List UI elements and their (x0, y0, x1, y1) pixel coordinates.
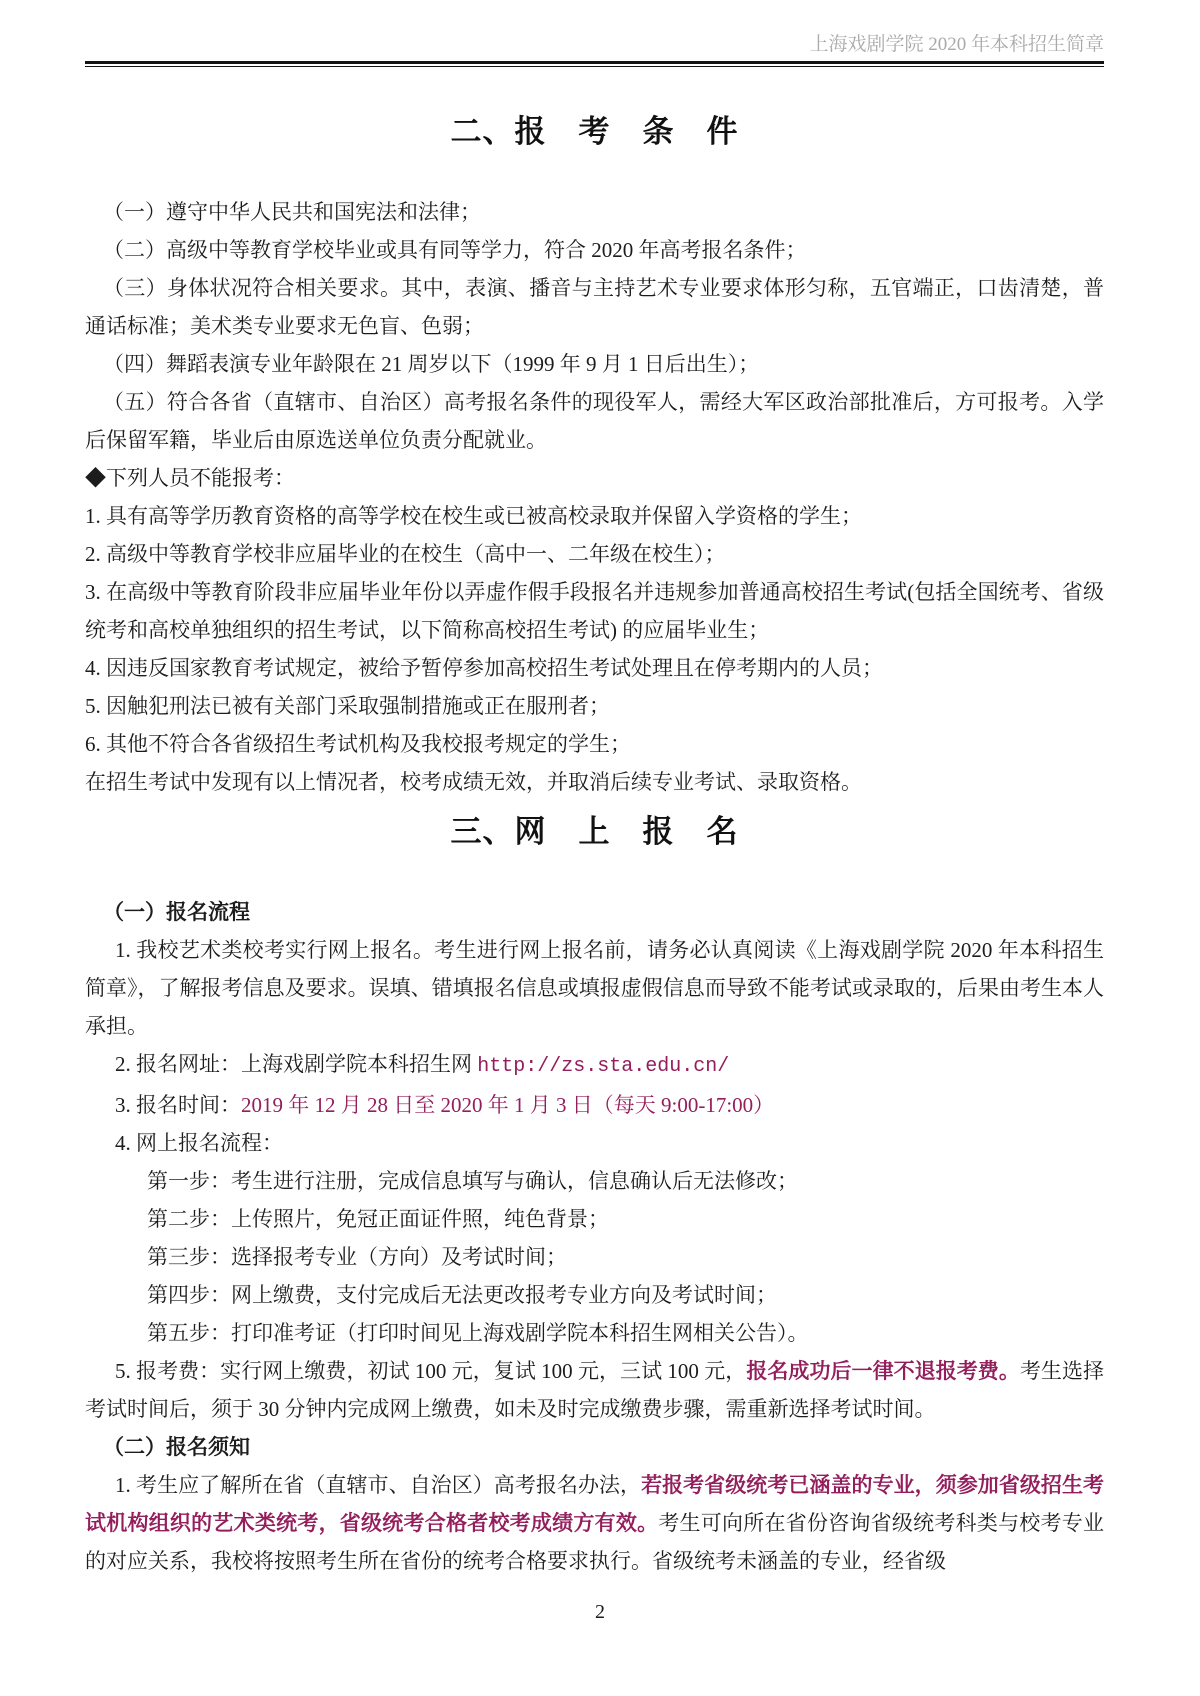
ineligible-item-1: 1. 具有高等学历教育资格的高等学校在校生或已被高校录取并保留入学资格的学生； (85, 497, 1104, 535)
website-label: 2. 报名网址：上海戏剧学院本科招生网 (115, 1052, 477, 1076)
ineligible-item-6: 6. 其他不符合各省级招生考试机构及我校报考规定的学生； (85, 725, 1104, 763)
page-body: 二、报 考 条 件 （一）遵守中华人民共和国宪法和法律； （二）高级中等教育学校… (0, 111, 1200, 1580)
ineligible-note: 在招生考试中发现有以上情况者，校考成绩无效，并取消后续专业考试、录取资格。 (85, 763, 1104, 801)
fee-line: 5. 报考费：实行网上缴费，初试 100 元，复试 100 元，三试 100 元… (85, 1352, 1104, 1428)
notice-text-1: 1. 考生应了解所在省（直辖市、自治区）高考报名办法， (115, 1473, 641, 1497)
ineligible-item-2: 2. 高级中等教育学校非应届毕业的在校生（高中一、二年级在校生）； (85, 535, 1104, 573)
step-1: 第一步：考生进行注册，完成信息填写与确认，信息确认后无法修改； (85, 1162, 1104, 1200)
registration-intro: 1. 我校艺术类校考实行网上报名。考生进行网上报名前，请务必认真阅读《上海戏剧学… (85, 931, 1104, 1045)
requirement-item-5: （五）符合各省（直辖市、自治区）高考报名条件的现役军人，需经大军区政治部批准后，… (85, 383, 1104, 459)
time-line: 3. 报名时间：2019 年 12 月 28 日至 2020 年 1 月 3 日… (85, 1086, 1104, 1124)
notice-item-1: 1. 考生应了解所在省（直辖市、自治区）高考报名办法，若报考省级统考已涵盖的专业… (85, 1466, 1104, 1580)
document-page: 上海戏剧学院 2020 年本科招生简章 二、报 考 条 件 （一）遵守中华人民共… (0, 0, 1200, 1696)
page-header: 上海戏剧学院 2020 年本科招生简章 (0, 0, 1200, 67)
requirement-item-4: （四）舞蹈表演专业年龄限在 21 周岁以下（1999 年 9 月 1 日后出生）… (85, 345, 1104, 383)
fee-no-refund-highlight: 报名成功后一律不退报考费。 (746, 1359, 1020, 1383)
requirement-item-3: （三）身体状况符合相关要求。其中，表演、播音与主持艺术专业要求体形匀称，五官端正… (85, 269, 1104, 345)
ineligible-item-4: 4. 因违反国家教育考试规定，被给予暂停参加高校招生考试处理且在停考期内的人员； (85, 649, 1104, 687)
step-4: 第四步：网上缴费，支付完成后无法更改报考专业方向及考试时间； (85, 1276, 1104, 1314)
step-3: 第三步：选择报考专业（方向）及考试时间； (85, 1238, 1104, 1276)
registration-url-link[interactable]: http://zs.sta.edu.cn/ (477, 1055, 729, 1078)
ineligible-heading: ◆下列人员不能报考： (85, 459, 1104, 497)
requirement-item-2: （二）高级中等教育学校毕业或具有同等学力，符合 2020 年高考报名条件； (85, 231, 1104, 269)
running-header-title: 上海戏剧学院 2020 年本科招生简章 (85, 32, 1104, 58)
ineligible-item-5: 5. 因触犯刑法已被有关部门采取强制措施或正在服刑者； (85, 687, 1104, 725)
requirement-item-1: （一）遵守中华人民共和国宪法和法律； (85, 193, 1104, 231)
fee-text-1: 5. 报考费：实行网上缴费，初试 100 元，复试 100 元，三试 100 元… (115, 1359, 746, 1383)
section-title-requirements: 二、报 考 条 件 (85, 111, 1104, 153)
step-5: 第五步：打印准考证（打印时间见上海戏剧学院本科招生网相关公告）。 (85, 1314, 1104, 1352)
step-2: 第二步：上传照片，免冠正面证件照，纯色背景； (85, 1200, 1104, 1238)
time-value: 2019 年 12 月 28 日至 2020 年 1 月 3 日（每天 9:00… (241, 1093, 774, 1117)
website-line: 2. 报名网址：上海戏剧学院本科招生网 http://zs.sta.edu.cn… (85, 1045, 1104, 1086)
process-heading: （一）报名流程 (85, 893, 1104, 931)
time-label: 3. 报名时间： (115, 1093, 241, 1117)
notice-heading: （二）报名须知 (85, 1428, 1104, 1466)
page-number: 2 (0, 1601, 1200, 1624)
steps-heading: 4. 网上报名流程： (85, 1124, 1104, 1162)
section-title-registration: 三、网 上 报 名 (85, 811, 1104, 853)
ineligible-item-3: 3. 在高级中等教育阶段非应届毕业年份以弄虚作假手段报名并违规参加普通高校招生考… (85, 573, 1104, 649)
header-rule (85, 61, 1104, 67)
